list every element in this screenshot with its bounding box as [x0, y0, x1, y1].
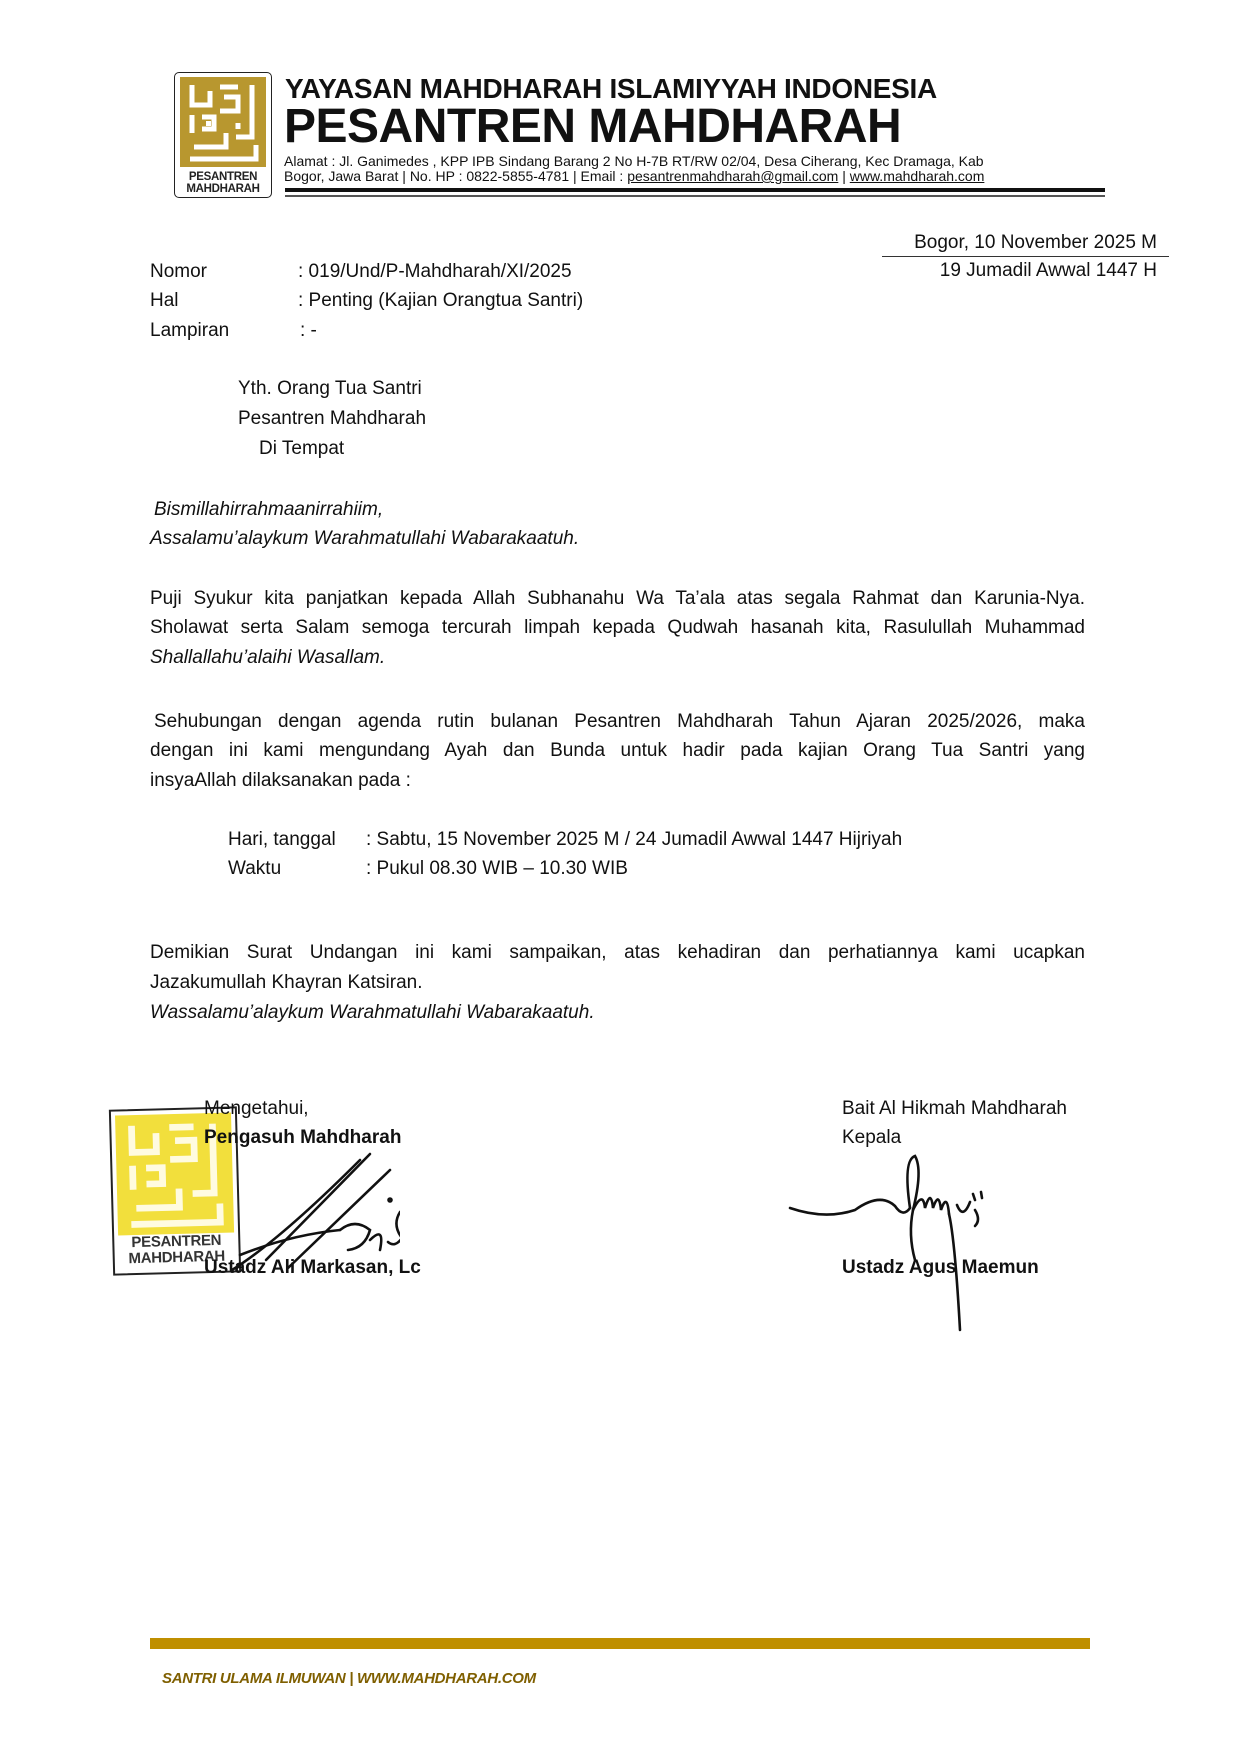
kufic-logo-icon [180, 77, 266, 167]
meta-value-hal: : Penting (Kajian Orangtua Santri) [298, 290, 583, 312]
paragraph-line: Sholawat serta Salam semoga tercurah lim… [150, 617, 1085, 639]
signature-title-right: Kepala [842, 1127, 901, 1149]
contact-line: Bogor, Jawa Barat | No. HP : 0822-5855-4… [284, 168, 984, 184]
footer-tagline: SANTRI ULAMA ILMUWAN | WWW.MAHDHARAH.COM [162, 1670, 536, 1687]
date-divider [882, 256, 1169, 257]
recipient-line: Yth. Orang Tua Santri [238, 378, 422, 400]
signature-intro-left: Mengetahui, [204, 1098, 309, 1120]
meta-label-lampiran: Lampiran [150, 320, 229, 342]
event-value-date: : Sabtu, 15 November 2025 M / 24 Jumadil… [366, 829, 902, 851]
opening-salam: Assalamu’alaykum Warahmatullahi Wabaraka… [150, 528, 579, 550]
paragraph-line: insyaAllah dilaksanakan pada : [150, 770, 411, 792]
letter-date-hijri: 19 Jumadil Awwal 1447 H [940, 260, 1157, 282]
footer-bar [150, 1638, 1090, 1649]
address-line: Alamat : Jl. Ganimedes , KPP IPB Sindang… [284, 153, 984, 169]
recipient-line: Di Tempat [259, 438, 344, 460]
recipient-line: Pesantren Mahdharah [238, 408, 426, 430]
meta-label-hal: Hal [150, 290, 179, 312]
basmalah: Bismillahirrahmaanirrahiim, [154, 499, 383, 521]
meta-value-nomor: : 019/Und/P-Mahdharah/XI/2025 [298, 261, 572, 283]
website-link[interactable]: www.mahdharah.com [850, 168, 985, 184]
paragraph-line: Puji Syukur kita panjatkan kepada Allah … [150, 588, 1085, 610]
signature-intro-right: Bait Al Hikmah Mahdharah [842, 1098, 1067, 1120]
paragraph-line: Sehubungan dengan agenda rutin bulanan P… [154, 711, 1085, 733]
letter-date-gregorian: Bogor, 10 November 2025 M [914, 232, 1157, 254]
meta-label-nomor: Nomor [150, 261, 207, 283]
closing-salam: Wassalamu’alaykum Warahmatullahi Wabarak… [150, 1002, 595, 1024]
paragraph-line: Shallallahu’alaihi Wasallam. [150, 647, 385, 669]
handwritten-signature-right [785, 1150, 1015, 1340]
event-label-time: Waktu [228, 858, 281, 880]
event-value-time: : Pukul 08.30 WIB – 10.30 WIB [366, 858, 628, 880]
school-logo: PESANTREN MAHDHARAH [174, 72, 272, 198]
contact-prefix: Bogor, Jawa Barat | No. HP : 0822-5855-4… [284, 168, 627, 184]
email-link[interactable]: pesantrenmahdharah@gmail.com [627, 168, 838, 184]
closing-line: Jazakumullah Khayran Katsiran. [150, 972, 422, 994]
paragraph-line: dengan ini kami mengundang Ayah dan Bund… [150, 740, 1085, 762]
logo-caption: MAHDHARAH [175, 183, 271, 196]
header-divider [285, 188, 1105, 192]
signatory-name-left: Ustadz Ali Markasan, Lc [204, 1257, 421, 1279]
header-divider [285, 195, 1105, 197]
event-label-date: Hari, tanggal [228, 829, 336, 851]
school-name: PESANTREN MAHDHARAH [284, 101, 901, 153]
contact-separator: | [838, 168, 849, 184]
meta-value-lampiran: : - [300, 320, 317, 342]
signatory-name-right: Ustadz Agus Maemun [842, 1257, 1039, 1279]
closing-line: Demikian Surat Undangan ini kami sampaik… [150, 942, 1085, 964]
